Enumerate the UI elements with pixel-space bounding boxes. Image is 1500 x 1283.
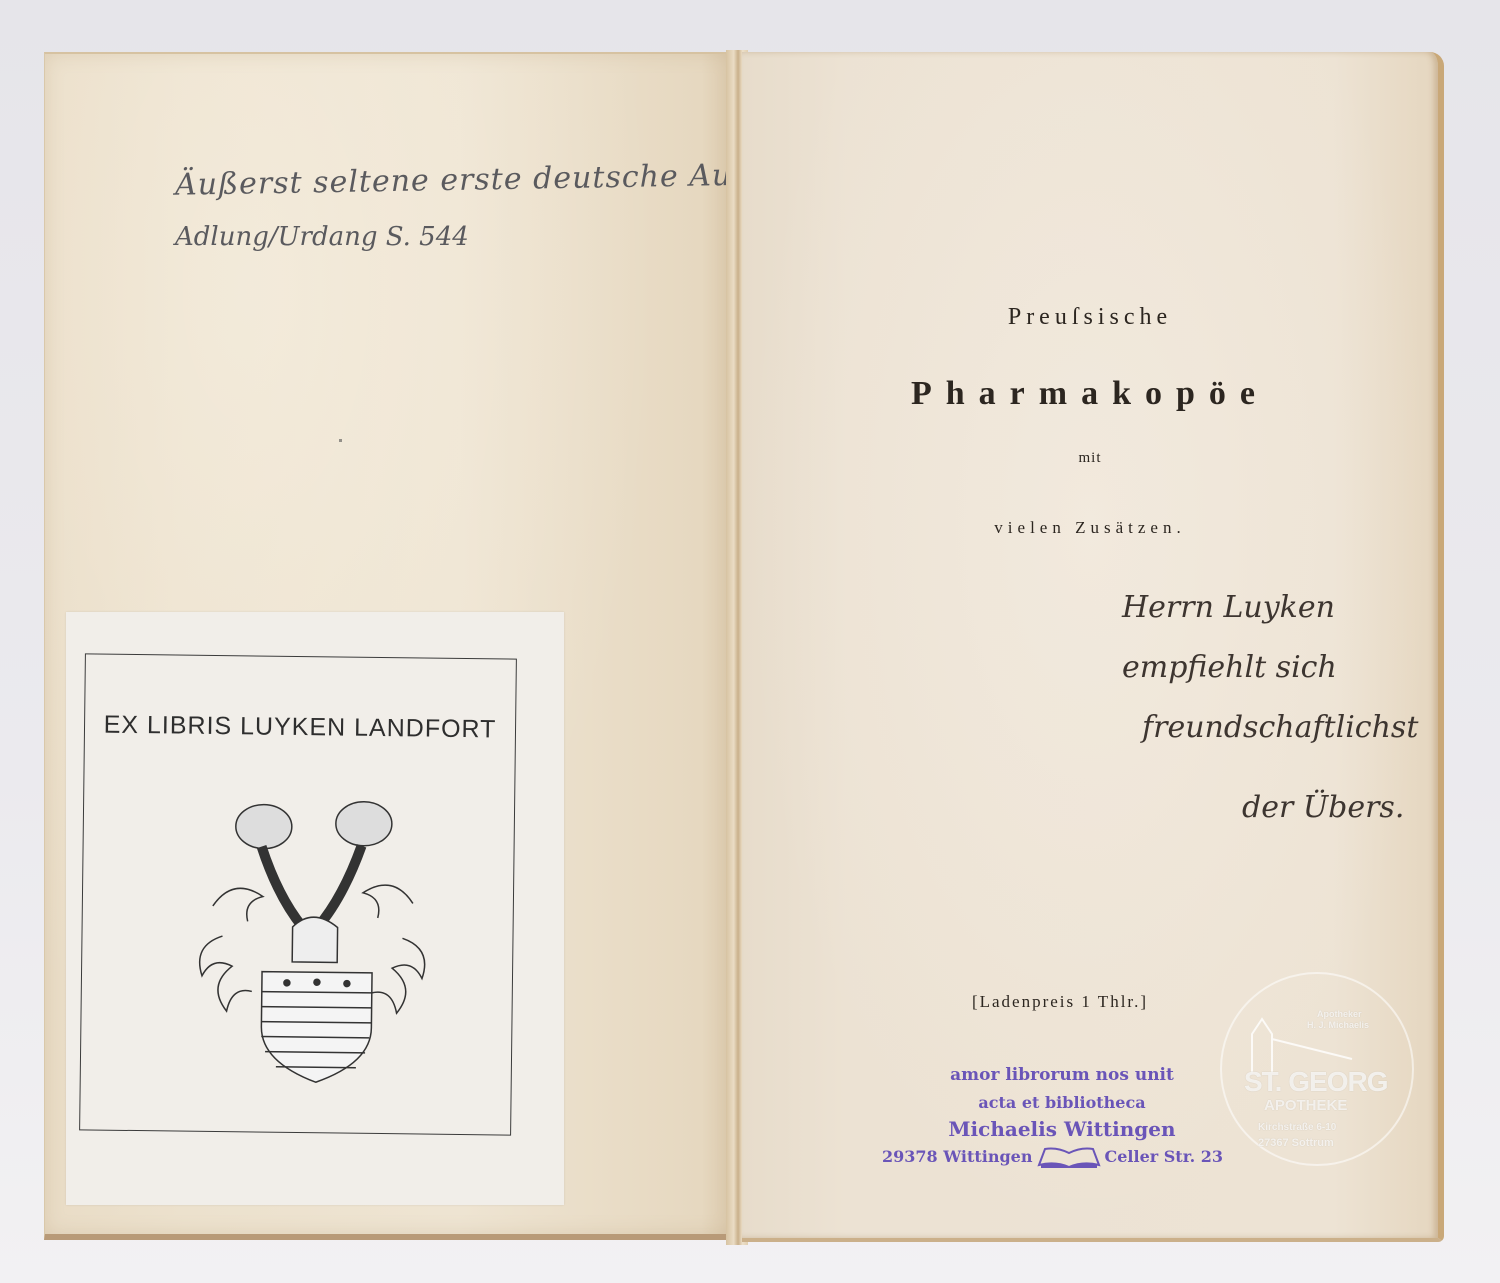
pencil-note-reference: Adlung/Urdang S. 544 [175, 222, 469, 252]
stamp-name: Michaelis Wittingen [882, 1116, 1242, 1143]
bookplate-frame: EX LIBRIS LUYKEN LANDFORT [79, 653, 517, 1135]
stamp-address-street: Celler Str. 23 [1105, 1143, 1224, 1170]
stamp-motto: amor librorum nos unit [882, 1062, 1242, 1089]
blind-stamp-street: Kirchstraße 6-10 [1258, 1122, 1336, 1133]
stamp-address: 29378 Wittingen Celler Str. 23 [882, 1143, 1242, 1170]
inscription-line-3: freundschaftlichst [1142, 710, 1418, 745]
ink-dot [339, 439, 342, 442]
inscription-line-4: der Übers. [1242, 790, 1404, 825]
blind-stamp-city: 27367 Sottrum [1258, 1137, 1334, 1149]
bookplate-title: EX LIBRIS LUYKEN LANDFORT [85, 710, 515, 744]
blind-stamp-subtitle: APOTHEKE [1264, 1097, 1347, 1114]
title-connector: mit [742, 450, 1438, 467]
title-line-1: Preuſsische [742, 304, 1438, 331]
blind-stamp-owner-2: H. J. Michaelis [1307, 1020, 1369, 1030]
stamp-subtitle: acta et bibliotheca [882, 1089, 1242, 1116]
blind-stamp-name: ST. GEORG [1244, 1066, 1387, 1098]
library-stamp: amor librorum nos unit acta et bibliothe… [882, 1062, 1242, 1170]
blind-stamp-owner-1: Apotheker [1317, 1009, 1362, 1019]
title-main: Pharmakopöe [742, 375, 1438, 413]
inscription-line-2: empfiehlt sich [1122, 650, 1337, 685]
inscription-line-1: Herrn Luyken [1122, 590, 1335, 625]
stamp-address-city: 29378 Wittingen [882, 1143, 1033, 1170]
open-book-icon [1037, 1145, 1101, 1169]
title-subtitle: vielen Zusätzen. [742, 518, 1438, 538]
coat-of-arms-crest-icon [181, 786, 445, 1089]
blind-stamp: Apotheker H. J. Michaelis ST. GEORG APOT… [1220, 972, 1414, 1166]
title-page: Preuſsische Pharmakopöe mit vielen Zusät… [742, 52, 1444, 1242]
bookplate: EX LIBRIS LUYKEN LANDFORT [66, 612, 564, 1205]
